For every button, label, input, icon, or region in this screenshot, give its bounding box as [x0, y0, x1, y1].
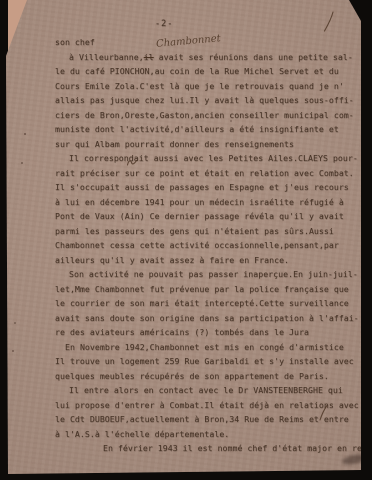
typed-line: En février 1943 il est nommé chef d'état… — [55, 441, 355, 456]
typed-line-first: à Villeurbanne,il avait ses réunions dan… — [55, 50, 355, 65]
typed-line: lui propose d'entrer à Combat.Il était d… — [55, 398, 355, 413]
typed-line: let,Mme Chambonnet fut prévenue par la p… — [55, 282, 355, 297]
typed-line: le du café PIONCHON,au coin de la Rue Mi… — [55, 64, 355, 79]
typed-line: Cours Emile Zola.C'est là que je le retr… — [55, 79, 355, 94]
typed-line: quelques meubles récupérés de son appart… — [55, 369, 355, 384]
typed-line: sur qui Albam pourrait donner des rensei… — [55, 137, 355, 152]
typed-line: muniste dont l'activité,d'ailleurs a été… — [55, 122, 355, 137]
typed-line: ciers de Bron,Oreste,Gaston,ancien conse… — [55, 108, 355, 123]
pen-stroke-icon — [322, 10, 336, 34]
pen-insertion-icon — [318, 404, 329, 422]
paper: -2- son chef à Villeurbanne,il avait ses… — [0, 0, 372, 480]
typed-line: à lui en décembre 1941 pour un médecin i… — [55, 195, 355, 210]
typed-line: Il trouve un logement 259 Rue Garibaldi … — [55, 354, 355, 369]
typed-line: à l'A.S.à l'échelle départementale. — [55, 427, 355, 442]
typed-line: Il entre alors en contact avec le Dr VAN… — [55, 383, 355, 398]
typed-line: Son activité ne pouvait pas passer inape… — [55, 267, 355, 282]
typed-text-before: à Villeurbanne, — [69, 52, 144, 62]
paper-specks — [24, 133, 26, 135]
typed-line: En Novembre 1942,Chambonnet est mis en c… — [55, 340, 355, 355]
typed-line: parmi les passeurs des gens qui n'étaien… — [55, 224, 355, 239]
page-number: -2- — [155, 19, 173, 29]
typed-line: le Cdt DUBOEUF,actuellement à Bron,34 Ru… — [55, 412, 355, 427]
typed-line: le courrier de son mari était intercepté… — [55, 296, 355, 311]
typed-line: re des aviateurs américains (?) tombés d… — [55, 325, 355, 340]
typed-line: Il correspondait aussi avec les Petites … — [55, 151, 355, 166]
typed-line: allais pas jusque chez lui.Il y avait là… — [55, 93, 355, 108]
typed-line: Il s'occupait aussi de passages en Espag… — [55, 180, 355, 195]
typed-line: Chambonnet cessa cette activité occasion… — [55, 238, 355, 253]
typed-text-block: son chef à Villeurbanne,il avait ses réu… — [55, 35, 355, 456]
scanned-document-page: -2- son chef à Villeurbanne,il avait ses… — [0, 0, 372, 480]
typed-text-after: avait ses réunions dans une petite sal- — [154, 52, 353, 62]
typed-line: Pont de Vaux (Ain) Ce dernier passage ré… — [55, 209, 355, 224]
typed-line: rait préciser sur ce point et était en r… — [55, 166, 355, 181]
struck-word: il — [144, 52, 154, 62]
typed-line: avait sans doute son origine dans sa par… — [55, 311, 355, 326]
typed-lines: le du café PIONCHON,au coin de la Rue Mi… — [55, 64, 355, 456]
pen-squiggle-icon — [126, 158, 138, 168]
typed-line: ailleurs qu'il y avait assez à faire en … — [55, 253, 355, 268]
